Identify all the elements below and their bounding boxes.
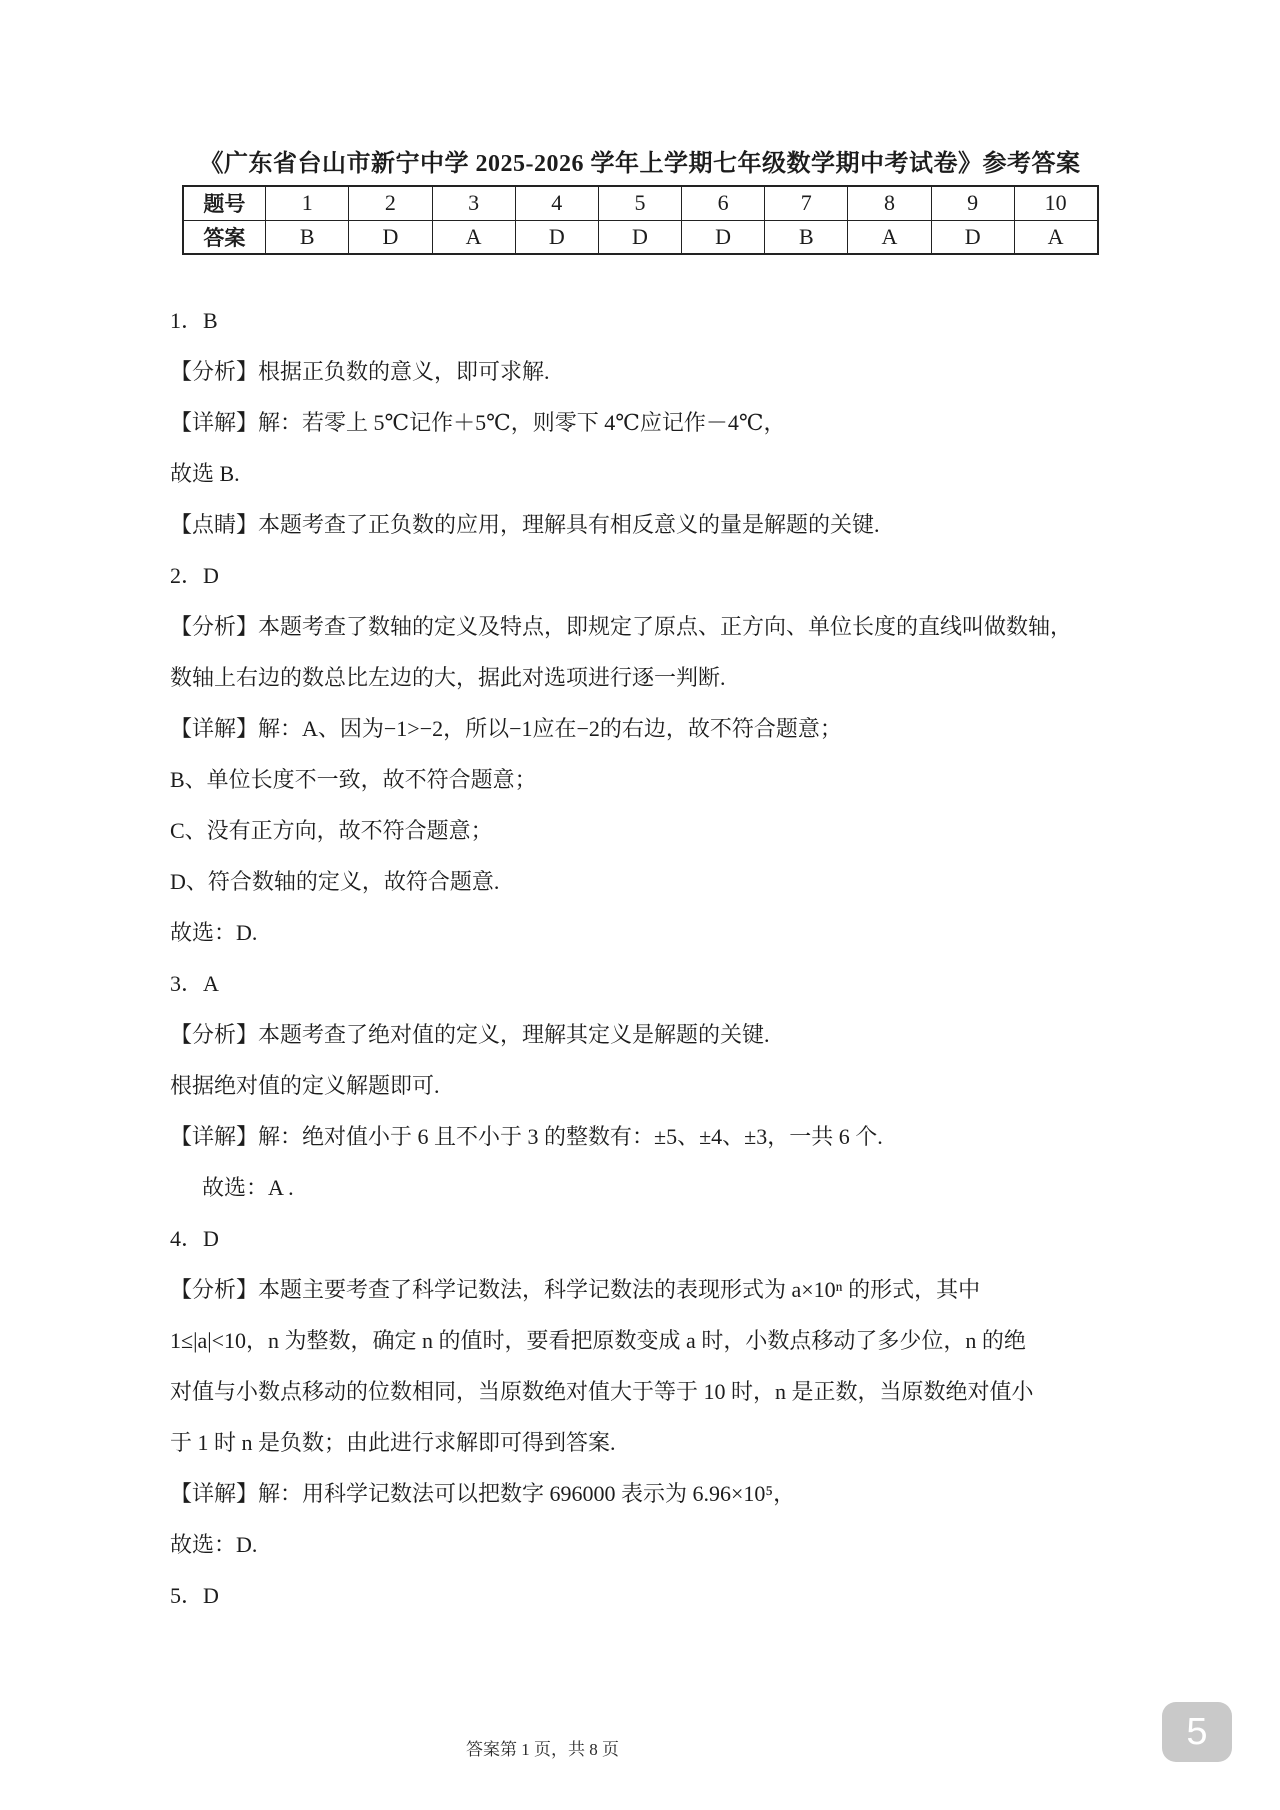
table-cell: 3 [432,186,515,220]
solution-line: 【分析】本题考查了数轴的定义及特点，即规定了原点、正方向、单位长度的直线叫做数轴… [170,601,1120,652]
table-header-answer: 答案 [183,220,266,254]
solution-line: 【详解】解：若零上 5℃记作＋5℃，则零下 4℃应记作－4℃， [170,397,1120,448]
table-cell: A [1014,220,1097,254]
solution-line: 对值与小数点移动的位数相同，当原数绝对值大于等于 10 时，n 是正数，当原数绝… [170,1366,1120,1417]
table-cell: D [682,220,765,254]
solution-line: 【详解】解：用科学记数法可以把数字 696000 表示为 6.96×10⁵， [170,1468,1120,1519]
solutions-section: 1．B 【分析】根据正负数的意义，即可求解. 【详解】解：若零上 5℃记作＋5℃… [170,295,1120,1621]
table-cell: D [349,220,432,254]
table-cell: 8 [848,186,931,220]
solution-line: 5．D [170,1570,1120,1621]
solution-line: 2．D [170,550,1120,601]
table-cell: 4 [515,186,598,220]
table-cell: 2 [349,186,432,220]
table-cell: 10 [1014,186,1097,220]
table-cell: D [598,220,681,254]
solution-line: 【详解】解：绝对值小于 6 且不小于 3 的整数有：±5、±4、±3，一共 6 … [170,1111,1120,1162]
solution-line: D、符合数轴的定义，故符合题意. [170,856,1120,907]
solution-line: 数轴上右边的数总比左边的大，据此对选项进行逐一判断. [170,652,1120,703]
solution-line: 3．A [170,958,1120,1009]
solution-line: 1．B [170,295,1120,346]
solution-line: 【点睛】本题考查了正负数的应用，理解具有相反意义的量是解题的关键. [170,499,1120,550]
table-cell: D [931,220,1014,254]
answer-row: 答案 B D A D D D B A D A [183,220,1098,254]
table-cell: 9 [931,186,1014,220]
solution-line: 故选：D. [170,907,1120,958]
question-number-row: 题号 1 2 3 4 5 6 7 8 9 10 [183,186,1098,220]
solution-line: 【分析】本题考查了绝对值的定义，理解其定义是解题的关键. [170,1009,1120,1060]
solution-line: 【分析】根据正负数的意义，即可求解. [170,346,1120,397]
document-page: 《广东省台山市新宁中学 2025-2026 学年上学期七年级数学期中考试卷》参考… [0,0,1280,1810]
solution-line: 故选 B. [170,448,1120,499]
page-title: 《广东省台山市新宁中学 2025-2026 学年上学期七年级数学期中考试卷》参考… [0,143,1280,178]
table-cell: 7 [765,186,848,220]
solution-line: 故选：D. [170,1519,1120,1570]
table-cell: D [515,220,598,254]
solution-line: 【分析】本题主要考查了科学记数法，科学记数法的表现形式为 a×10ⁿ 的形式，其… [170,1264,1120,1315]
page-number-badge: 5 [1162,1702,1232,1762]
table-cell: 5 [598,186,681,220]
page-footer-label: 答案第 1 页，共 8 页 [0,1735,1085,1760]
table-cell: B [266,220,349,254]
table-cell: 6 [682,186,765,220]
solution-line: 根据绝对值的定义解题即可. [170,1060,1120,1111]
solution-line: 【详解】解：A、因为−1>−2，所以−1应在−2的右边，故不符合题意； [170,703,1120,754]
solution-line: 于 1 时 n 是负数；由此进行求解即可得到答案. [170,1417,1120,1468]
solution-line: 1≤|a|<10，n 为整数，确定 n 的值时，要看把原数变成 a 时，小数点移… [170,1315,1120,1366]
table-cell: A [848,220,931,254]
table-header-question-number: 题号 [183,186,266,220]
solution-line: C、没有正方向，故不符合题意； [170,805,1120,856]
table-cell: A [432,220,515,254]
table-cell: 1 [266,186,349,220]
solution-line: 4．D [170,1213,1120,1264]
answer-table: 题号 1 2 3 4 5 6 7 8 9 10 答案 B D A D D D B… [182,185,1099,255]
solution-line: 故选：A . [170,1162,1120,1213]
solution-line: B、单位长度不一致，故不符合题意； [170,754,1120,805]
table-cell: B [765,220,848,254]
